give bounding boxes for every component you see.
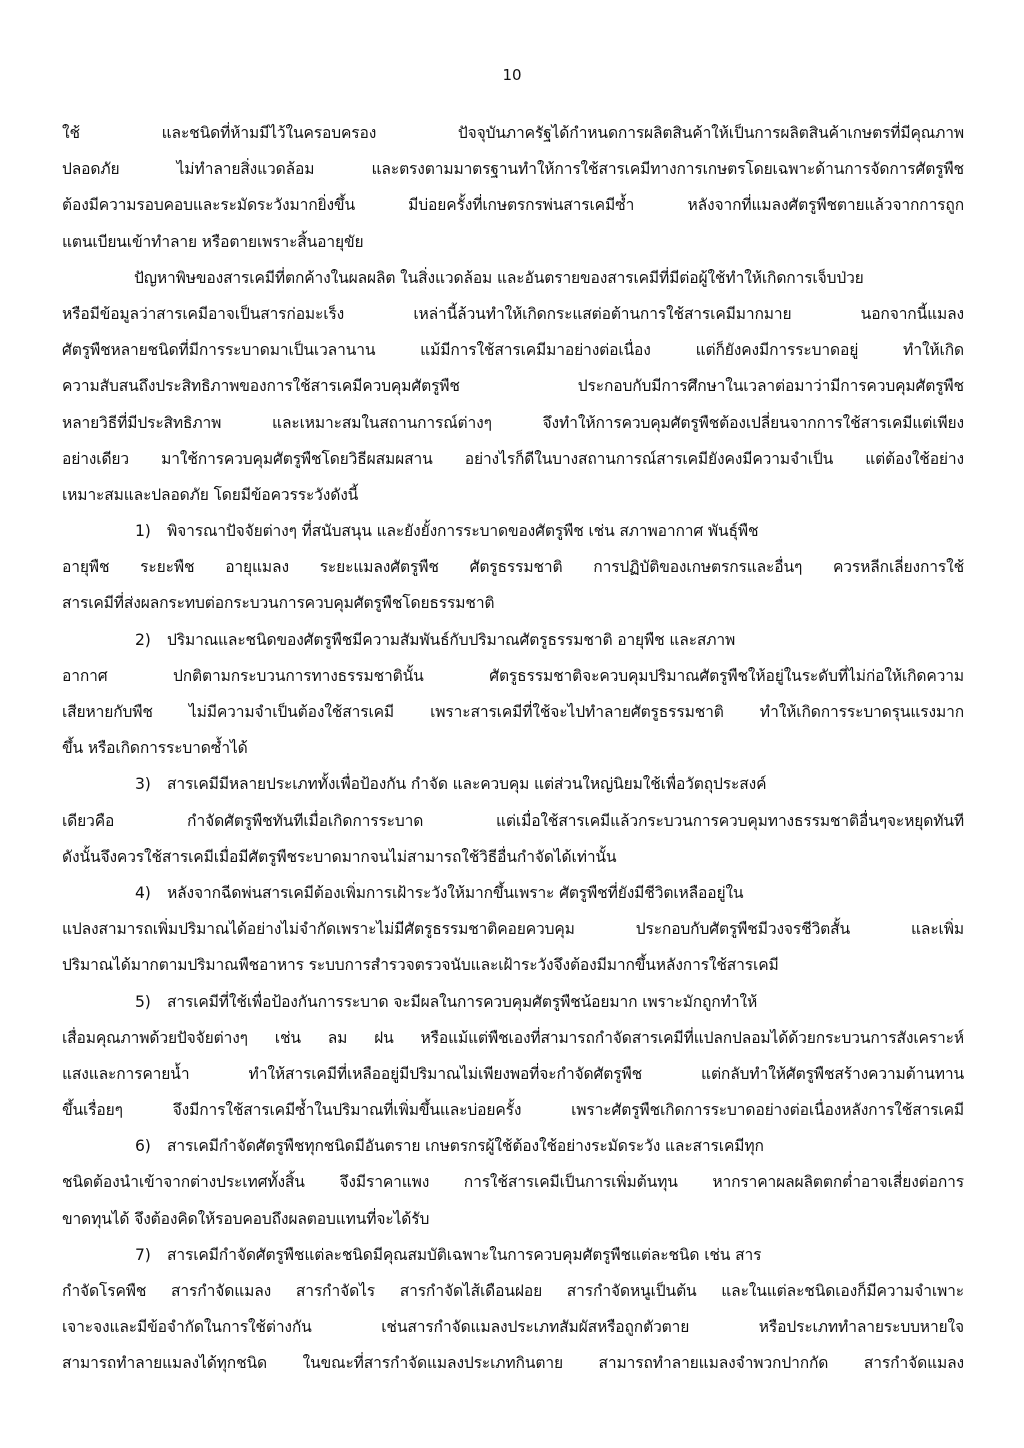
text-line: หลายวิธีที่มีประสิทธิภาพ และเหมาะสมในสถา… <box>62 405 964 441</box>
item-text: ปริมาณและชนิดของศัตรูพืชมีความสัมพันธ์กั… <box>167 631 735 649</box>
item-number: 1) <box>135 513 167 549</box>
text-line: ความสับสนถึงประสิทธิภาพของการใช้สารเคมีค… <box>62 368 964 404</box>
text-line: เสียหายกับพืช ไม่มีความจำเป็นต้องใช้สารเ… <box>62 694 964 730</box>
text-line: แสงและการคายน้ำ ทำให้สารเคมีที่เหลืออยู่… <box>62 1056 964 1092</box>
text-line: กำจัดโรคพืช สารกำจัดแมลง สารกำจัดไร สารก… <box>62 1273 964 1309</box>
text-line: ขึ้นเรื่อยๆ จึงมีการใช้สารเคมีซ้ำในปริมา… <box>62 1092 964 1128</box>
item-number: 6) <box>135 1128 167 1164</box>
text-line: ปัญหาพิษของสารเคมีที่ตกค้างในผลผลิต ในสิ… <box>62 260 964 296</box>
item-text: สารเคมีกำจัดศัตรูพืชทุกชนิดมีอันตราย เกษ… <box>167 1137 764 1155</box>
page-number: 10 <box>0 66 1024 84</box>
item-number: 5) <box>135 984 167 1020</box>
item-text: สารเคมีมีหลายประเภททั้งเพื่อป้องกัน กำจั… <box>167 775 766 793</box>
numbered-item-line: 6)สารเคมีกำจัดศัตรูพืชทุกชนิดมีอันตราย เ… <box>62 1128 964 1164</box>
document-body: ใช้ และชนิดที่ห้ามมีไว้ในครอบครอง ปัจจุบ… <box>62 115 964 1382</box>
item-number: 3) <box>135 766 167 802</box>
numbered-item-line: 7)สารเคมีกำจัดศัตรูพืชแต่ละชนิดมีคุณสมบั… <box>62 1237 964 1273</box>
numbered-item-line: 4)หลังจากฉีดพ่นสารเคมีต้องเพิ่มการเฝ้าระ… <box>62 875 964 911</box>
text-line: อายุพืช ระยะพืช อายุแมลง ระยะแมลงศัตรูพื… <box>62 549 964 585</box>
text-line: อย่างเดียว มาใช้การควบคุมศัตรูพืชโดยวิธี… <box>62 441 964 477</box>
text-line: ดังนั้นจึงควรใช้สารเคมีเมื่อมีศัตรูพืชระ… <box>62 839 964 875</box>
numbered-item-line: 1)พิจารณาปัจจัยต่างๆ ที่สนับสนุน และยังย… <box>62 513 964 549</box>
text-line: สามารถทำลายแมลงได้ทุกชนิด ในขณะที่สารกำจ… <box>62 1345 964 1381</box>
text-line: แตนเบียนเข้าทำลาย หรือตายเพราะสิ้นอายุขั… <box>62 224 964 260</box>
text-line: ขึ้น หรือเกิดการระบาดซ้ำได้ <box>62 730 964 766</box>
text-line: เหมาะสมและปลอดภัย โดยมีข้อควรระวังดังนี้ <box>62 477 964 513</box>
item-text: สารเคมีกำจัดศัตรูพืชแต่ละชนิดมีคุณสมบัติ… <box>167 1246 761 1264</box>
numbered-item-line: 3)สารเคมีมีหลายประเภททั้งเพื่อป้องกัน กำ… <box>62 766 964 802</box>
text-line: ชนิดต้องนำเข้าจากต่างประเทศทั้งสิ้น จึงม… <box>62 1164 964 1200</box>
item-text: หลังจากฉีดพ่นสารเคมีต้องเพิ่มการเฝ้าระวั… <box>167 884 743 902</box>
text-line: เดียวคือ กำจัดศัตรูพืชทันทีเมื่อเกิดการร… <box>62 803 964 839</box>
text-line: สารเคมีที่ส่งผลกระทบต่อกระบวนการควบคุมศั… <box>62 585 964 621</box>
item-number: 2) <box>135 622 167 658</box>
text-line: ขาดทุนได้ จึงต้องคิดให้รอบคอบถึงผลตอบแทน… <box>62 1201 964 1237</box>
text-line: อากาศ ปกติตามกระบวนการทางธรรมชาตินั้น ศั… <box>62 658 964 694</box>
text-line: เจาะจงและมีข้อจำกัดในการใช้ต่างกัน เช่นส… <box>62 1309 964 1345</box>
item-text: สารเคมีที่ใช้เพื่อป้องกันการระบาด จะมีผล… <box>167 993 757 1011</box>
text-line: ปลอดภัย ไม่ทำลายสิ่งแวดล้อม และตรงตามมาต… <box>62 151 964 187</box>
text-line: ต้องมีความรอบคอบและระมัดระวังมากยิ่งขึ้น… <box>62 187 964 223</box>
item-text: พิจารณาปัจจัยต่างๆ ที่สนับสนุน และยังยั้… <box>167 522 758 540</box>
numbered-item-line: 5)สารเคมีที่ใช้เพื่อป้องกันการระบาด จะมี… <box>62 984 964 1020</box>
text-line: เสื่อมคุณภาพด้วยปัจจัยต่างๆ เช่น ลม ฝน ห… <box>62 1020 964 1056</box>
text-line: ศัตรูพืชหลายชนิดที่มีการระบาดมาเป็นเวลาน… <box>62 332 964 368</box>
item-number: 4) <box>135 875 167 911</box>
text-line: ใช้ และชนิดที่ห้ามมีไว้ในครอบครอง ปัจจุบ… <box>62 115 964 151</box>
numbered-item-line: 2)ปริมาณและชนิดของศัตรูพืชมีความสัมพันธ์… <box>62 622 964 658</box>
item-number: 7) <box>135 1237 167 1273</box>
text-line: แปลงสามารถเพิ่มปริมาณได้อย่างไม่จำกัดเพร… <box>62 911 964 947</box>
text-line: ปริมาณได้มากตามปริมาณพืชอาหาร ระบบการสำร… <box>62 947 964 983</box>
text-line: หรือมีข้อมูลว่าสารเคมีอาจเป็นสารก่อมะเร็… <box>62 296 964 332</box>
